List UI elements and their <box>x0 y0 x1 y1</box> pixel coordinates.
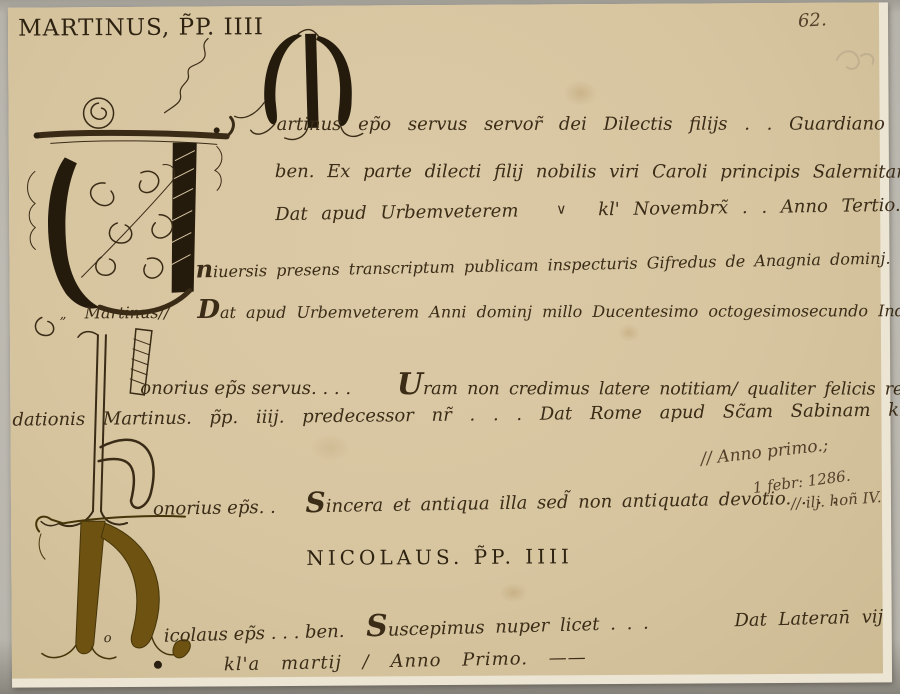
pencil-ghost-mark <box>834 42 878 74</box>
script-text-martinus-name: Martinus// <box>85 303 170 322</box>
script-line-martinus-2: ben. Ex parte dilecti filij nobilis viri… <box>275 161 900 183</box>
paper-surface: MARTINUS, P̃P. IIII 62. <box>8 2 883 678</box>
margin-mark-o: o <box>104 631 112 646</box>
script-text: Dat apud Urbemveterem <box>275 200 519 225</box>
script-text: uscepimus nuper licet . . . <box>388 613 649 641</box>
initial-s-suscepimus: S <box>366 609 389 645</box>
initial-s-sincera: S <box>305 486 326 519</box>
script-line-nicolaus-1: icolaus ep̃s . . . ben. Suscepimus nuper… <box>163 595 883 649</box>
stain-spot <box>618 324 640 342</box>
script-line-honorius-1: onorius ep̃s servus. . . . Uram non cred… <box>140 367 900 403</box>
illuminated-initial-n <box>29 505 200 676</box>
script-text-dat: Dat Lateran̄ vij <box>734 606 883 631</box>
script-line-dat-urbemveterem: „ Martinus// Dat apud Urbemveterem Anni … <box>60 293 900 325</box>
script-note-anno-primo: // Anno primo.; <box>700 435 830 469</box>
script-line-universis: niuersis presens transcriptum publicam i… <box>195 237 900 283</box>
script-text-opening: onorius ep̃s servus. . . . <box>140 378 351 399</box>
quote-mark: „ <box>60 307 67 322</box>
script-text: incera et antiqua illa sed̃ non antiquat… <box>326 487 838 516</box>
initial-d-dat: D <box>197 295 220 325</box>
script-text: at apud Urbemveterem Anni dominj millo D… <box>220 301 900 322</box>
folio-number: 62. <box>797 9 827 32</box>
script-text: ram non credimus latere notitiam/ qualit… <box>423 379 900 399</box>
script-line-martinus-1: artinus ep̃o servus servor̃ dei Dilectis… <box>277 113 900 135</box>
stain-spot <box>563 80 597 106</box>
manuscript-scan: MARTINUS, P̃P. IIII 62. <box>0 0 900 694</box>
script-line-nicolaus-2: kl'a martij / Anno Primo. —— <box>224 647 587 675</box>
paper-sheet: MARTINUS, P̃P. IIII 62. <box>8 2 892 687</box>
initial-u-uram: U <box>397 367 423 402</box>
stain-spot <box>499 583 527 603</box>
script-text-opening: icolaus ep̃s . . . ben. <box>164 621 345 647</box>
kalendas-mark: ∨ <box>556 202 566 218</box>
stain-spot <box>311 434 351 462</box>
script-text: kl' Novembrx̃ . . Anno Tertio., <box>598 195 900 221</box>
initial-n-universis: n <box>195 254 213 283</box>
script-line-honorius-sinceram: onorius ep̃s. . Sincera et antiqua illa … <box>153 477 838 521</box>
script-line-martinus-3: Dat apud Urbemveterem ∨ kl' Novembrx̃ . … <box>275 195 900 225</box>
section-title-nicolaus: NICOLAUS. P̃P. IIII <box>306 544 573 570</box>
script-text-opening: onorius ep̃s. . <box>153 497 276 520</box>
script-text: iuersis presens transcriptum publicam in… <box>213 245 900 281</box>
